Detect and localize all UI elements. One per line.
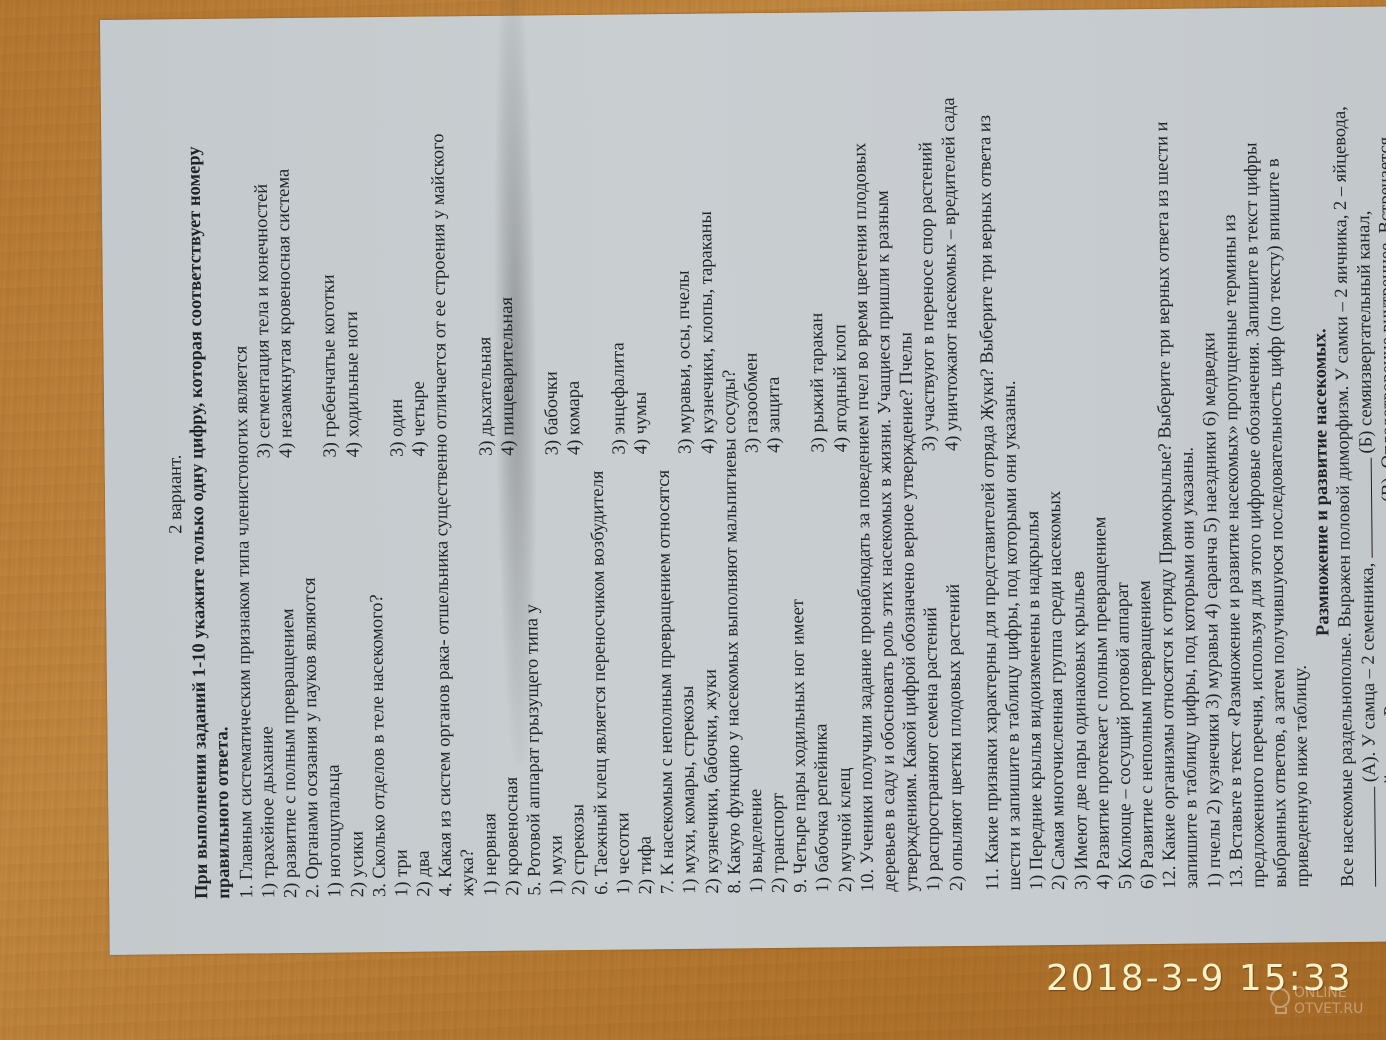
watermark-text: OTVET.RU [1294, 1001, 1363, 1017]
watermark: ONLINE OTVET.RU [1270, 985, 1363, 1017]
question-10: 10. Ученики получили задание пронаблюдат… [849, 81, 968, 892]
answer-option: 2) опыляют цветки плодовых растений [941, 451, 968, 891]
watermark-text: ONLINE [1294, 985, 1363, 1001]
question-2: 2. Органами осязания у пауков являются1)… [294, 87, 369, 898]
answer-options: 1) распространяют семена растений3) учас… [915, 81, 968, 891]
passage-text: (В). Оплодотворение внутреннее. Встречае… [1375, 137, 1386, 503]
question-3: 3. Сколько отделов в теле насекомого?1) … [360, 87, 435, 898]
blank-a [1358, 787, 1376, 887]
passage-text: копулятивный орган. Размножение [1380, 611, 1386, 886]
questions-1-10: 1. Главным систематическим признаком тип… [227, 81, 968, 899]
passage-text: (А). У самца – 2 семенника, [1358, 563, 1380, 783]
question-13: 13. Вставьте в текст «Размножение и разв… [1217, 76, 1386, 889]
lightbulb-icon [1270, 988, 1288, 1014]
question-11: 11. Какие признаки характерны для предст… [973, 79, 1159, 891]
question-6: 6. Таежный клещ является переносчиком во… [582, 84, 657, 895]
answer-option: 4) уничтожают насекомых – вредителей сад… [937, 81, 963, 451]
question-9: 9. Четыре пары ходильных ног имеет1) баб… [782, 82, 857, 893]
passage-text: (Б) семяизвергательный канал, [1354, 211, 1377, 454]
question-7: 7. К насекомым с неполным превращением о… [649, 84, 724, 895]
blank-b [1355, 458, 1373, 558]
blank-v [1377, 507, 1386, 607]
test-page-content: 2 вариант. При выполнении заданий 1-10 у… [161, 77, 1349, 899]
question-4: 4. Какая из систем органов рака- отшельн… [427, 86, 524, 897]
question-8: 8. Какую функцию у насекомых выполняют м… [715, 83, 790, 894]
test-sheet: 2 вариант. При выполнении заданий 1-10 у… [100, 6, 1386, 955]
question-1: 1. Главным систематическим признаком тип… [227, 88, 302, 899]
question-5: 5. Ротовой аппарат грызущего типа у1) му… [516, 85, 591, 896]
question-12: 12. Какие организмы относятся к отряду П… [1151, 78, 1226, 889]
